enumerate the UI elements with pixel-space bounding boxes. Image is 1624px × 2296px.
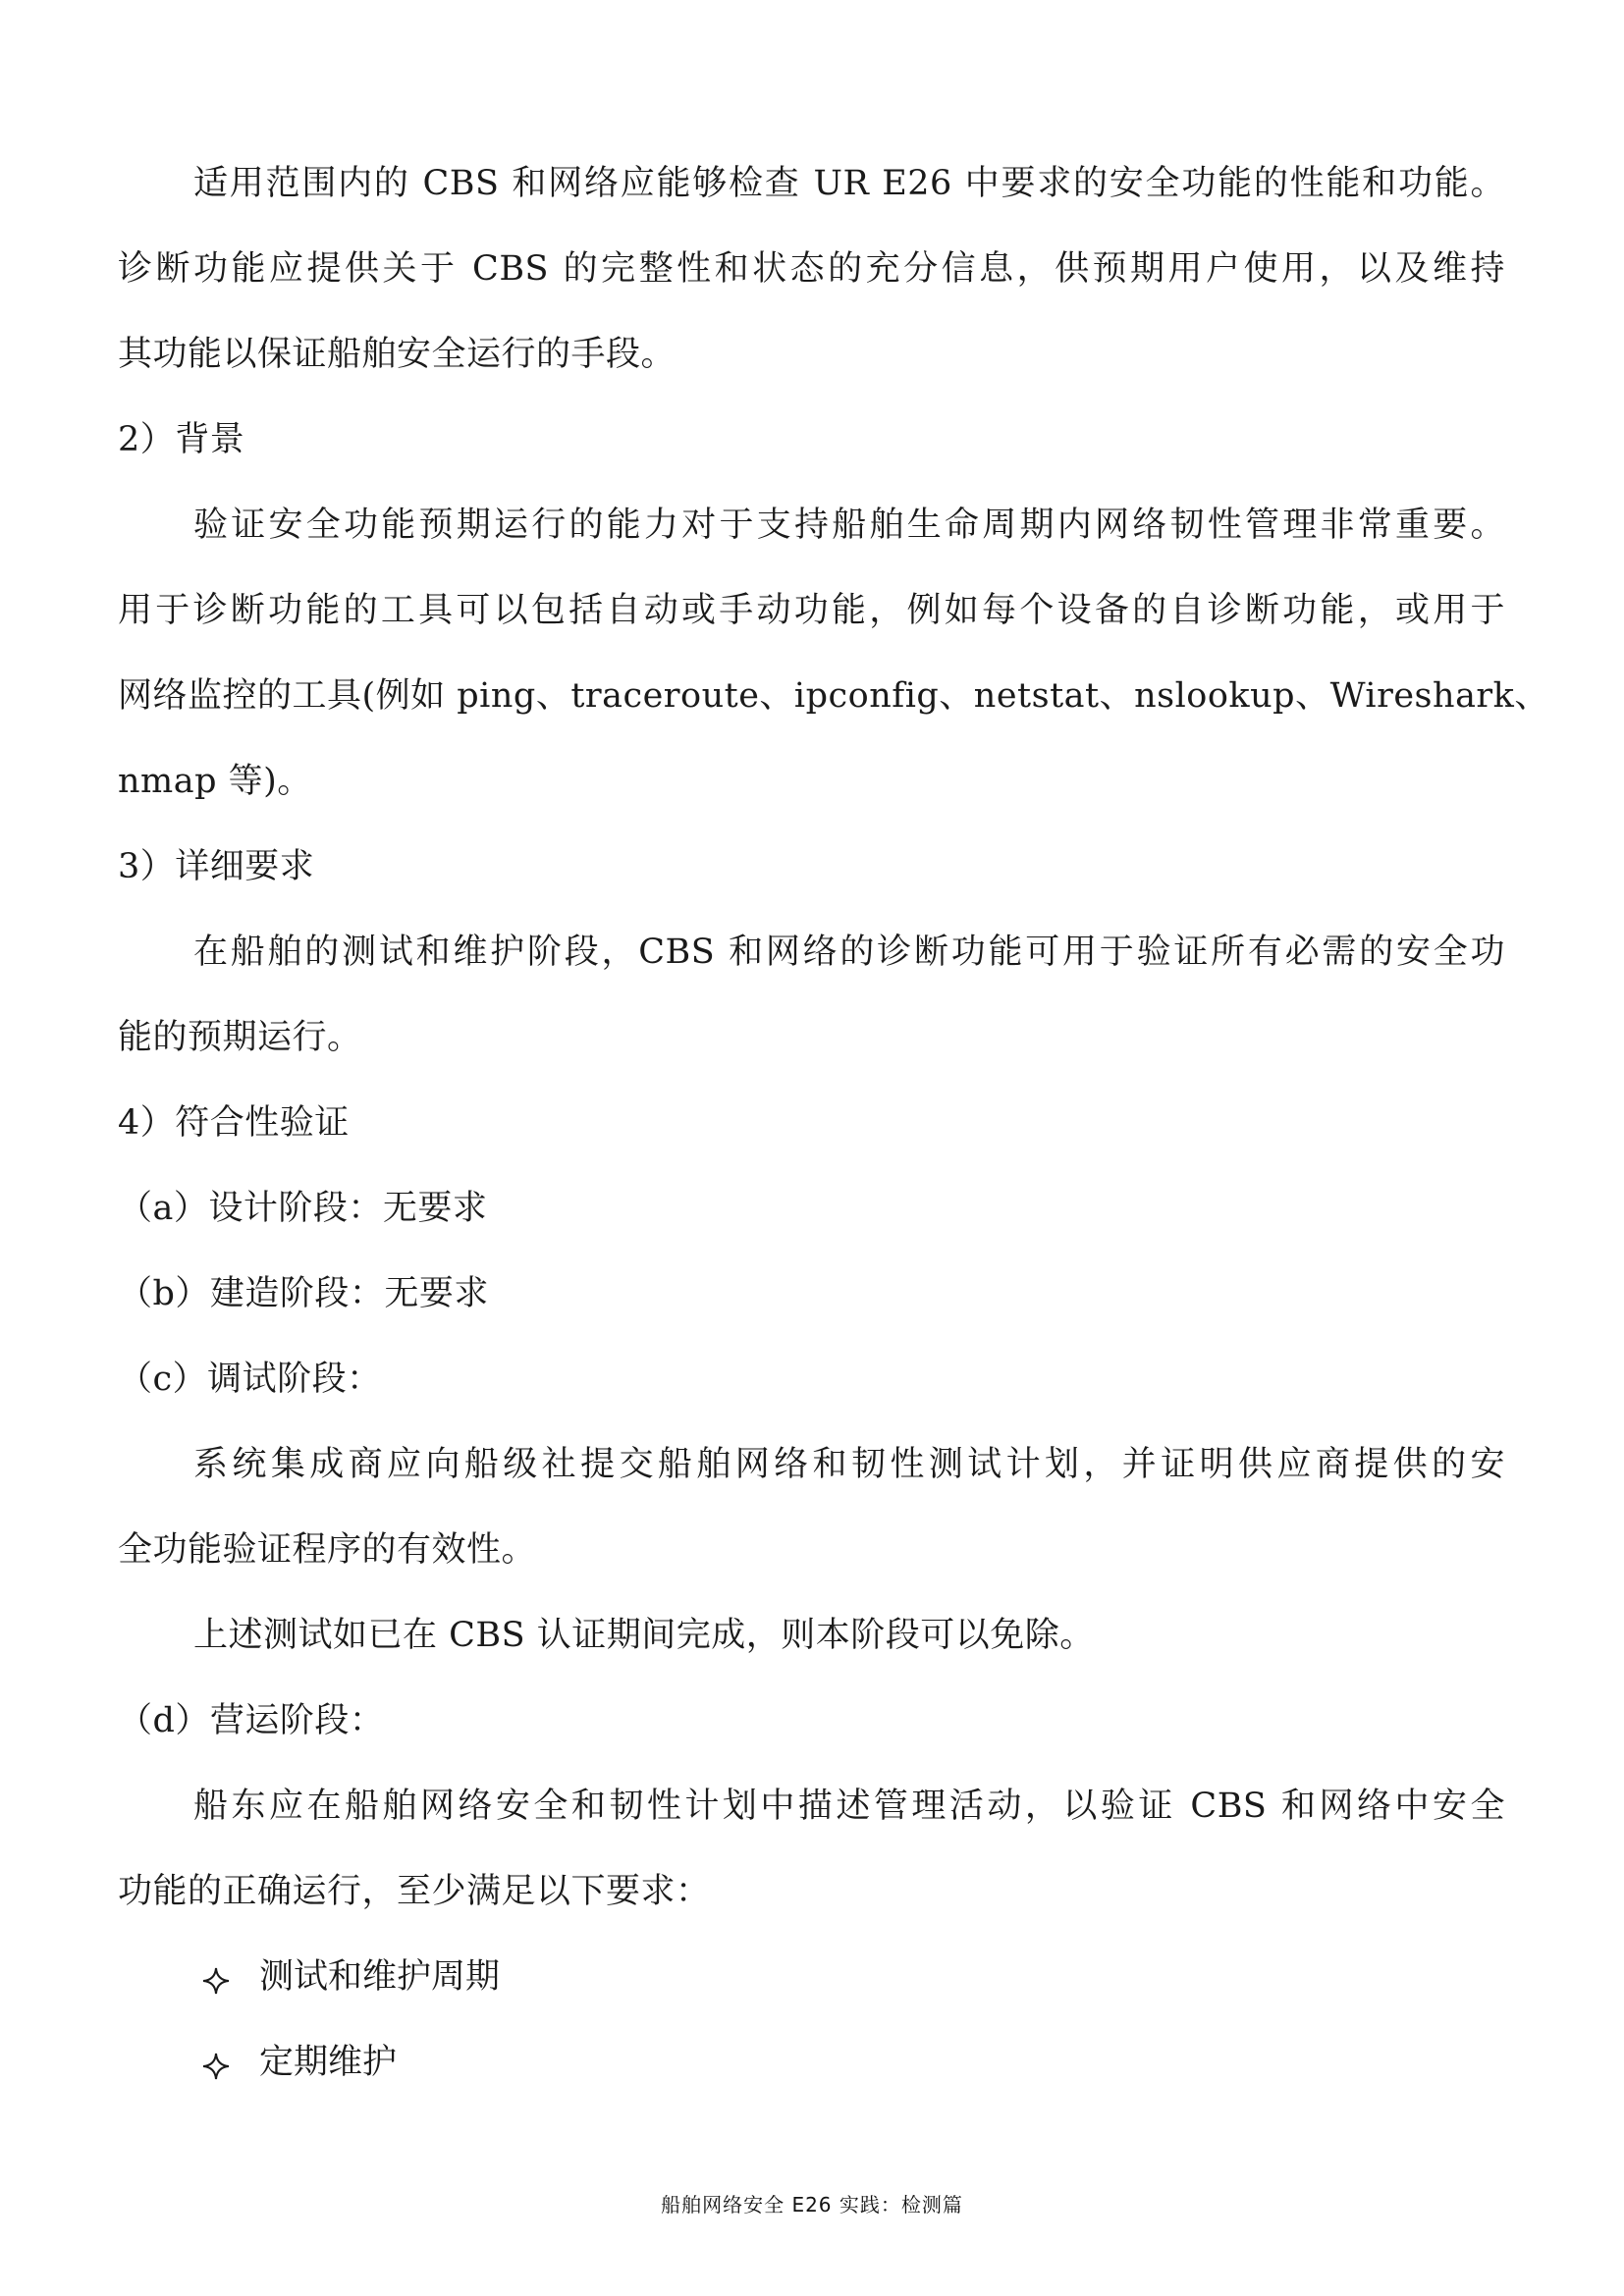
bullet-item-periodic-maintenance: 定期维护 — [202, 2041, 397, 2084]
paragraph-line: 用于诊断功能的工具可以包括自动或手动功能，例如每个设备的自诊断功能，或用于 — [118, 589, 1505, 632]
paragraph-line: 全功能验证程序的有效性。 — [118, 1528, 536, 1572]
diamond-bullet-icon — [202, 2048, 230, 2075]
paragraph-line: nmap 等)。 — [118, 760, 312, 803]
list-item-design-phase: （a）设计阶段：无要求 — [118, 1187, 487, 1230]
diamond-bullet-icon — [202, 1962, 230, 1990]
section-heading-detailed-requirements: 3）详细要求 — [118, 845, 314, 888]
bullet-text: 定期维护 — [259, 2043, 397, 2082]
document-page: 适用范围内的 CBS 和网络应能够检查 UR E26 中要求的安全功能的性能和功… — [0, 0, 1624, 2296]
paragraph-line: 验证安全功能预期运行的能力对于支持船舶生命周期内网络韧性管理非常重要。 — [193, 504, 1505, 547]
list-item-operation-phase: （d）营运阶段： — [118, 1699, 384, 1742]
bullet-text: 测试和维护周期 — [259, 1957, 500, 1997]
list-item-commissioning-phase: （c）调试阶段： — [118, 1358, 382, 1401]
paragraph-line: 上述测试如已在 CBS 认证期间完成，则本阶段可以免除。 — [193, 1614, 1095, 1657]
paragraph-line: 诊断功能应提供关于 CBS 的完整性和状态的充分信息，供预期用户使用，以及维持 — [118, 247, 1505, 291]
bullet-item-test-maintenance-cycle: 测试和维护周期 — [202, 1955, 500, 1999]
paragraph-line: 其功能以保证船舶安全运行的手段。 — [118, 333, 676, 376]
paragraph-line: 在船舶的测试和维护阶段，CBS 和网络的诊断功能可用于验证所有必需的安全功 — [193, 931, 1505, 974]
paragraph-line: 能的预期运行。 — [118, 1016, 362, 1059]
paragraph-line: 网络监控的工具(例如 ping、traceroute、ipconfig、nets… — [118, 674, 1505, 718]
paragraph-line: 功能的正确运行，至少满足以下要求： — [118, 1870, 711, 1913]
paragraph-line: 适用范围内的 CBS 和网络应能够检查 UR E26 中要求的安全功能的性能和功… — [193, 162, 1505, 205]
section-heading-conformity-verification: 4）符合性验证 — [118, 1101, 350, 1145]
page-footer: 船舶网络安全 E26 实践：检测篇 — [0, 2191, 1624, 2218]
paragraph-line: 系统集成商应向船级社提交船舶网络和韧性测试计划，并证明供应商提供的安 — [193, 1443, 1505, 1486]
list-item-construction-phase: （b）建造阶段：无要求 — [118, 1272, 489, 1315]
paragraph-line: 船东应在船舶网络安全和韧性计划中描述管理活动，以验证 CBS 和网络中安全 — [193, 1785, 1505, 1828]
section-heading-background: 2）背景 — [118, 418, 244, 461]
